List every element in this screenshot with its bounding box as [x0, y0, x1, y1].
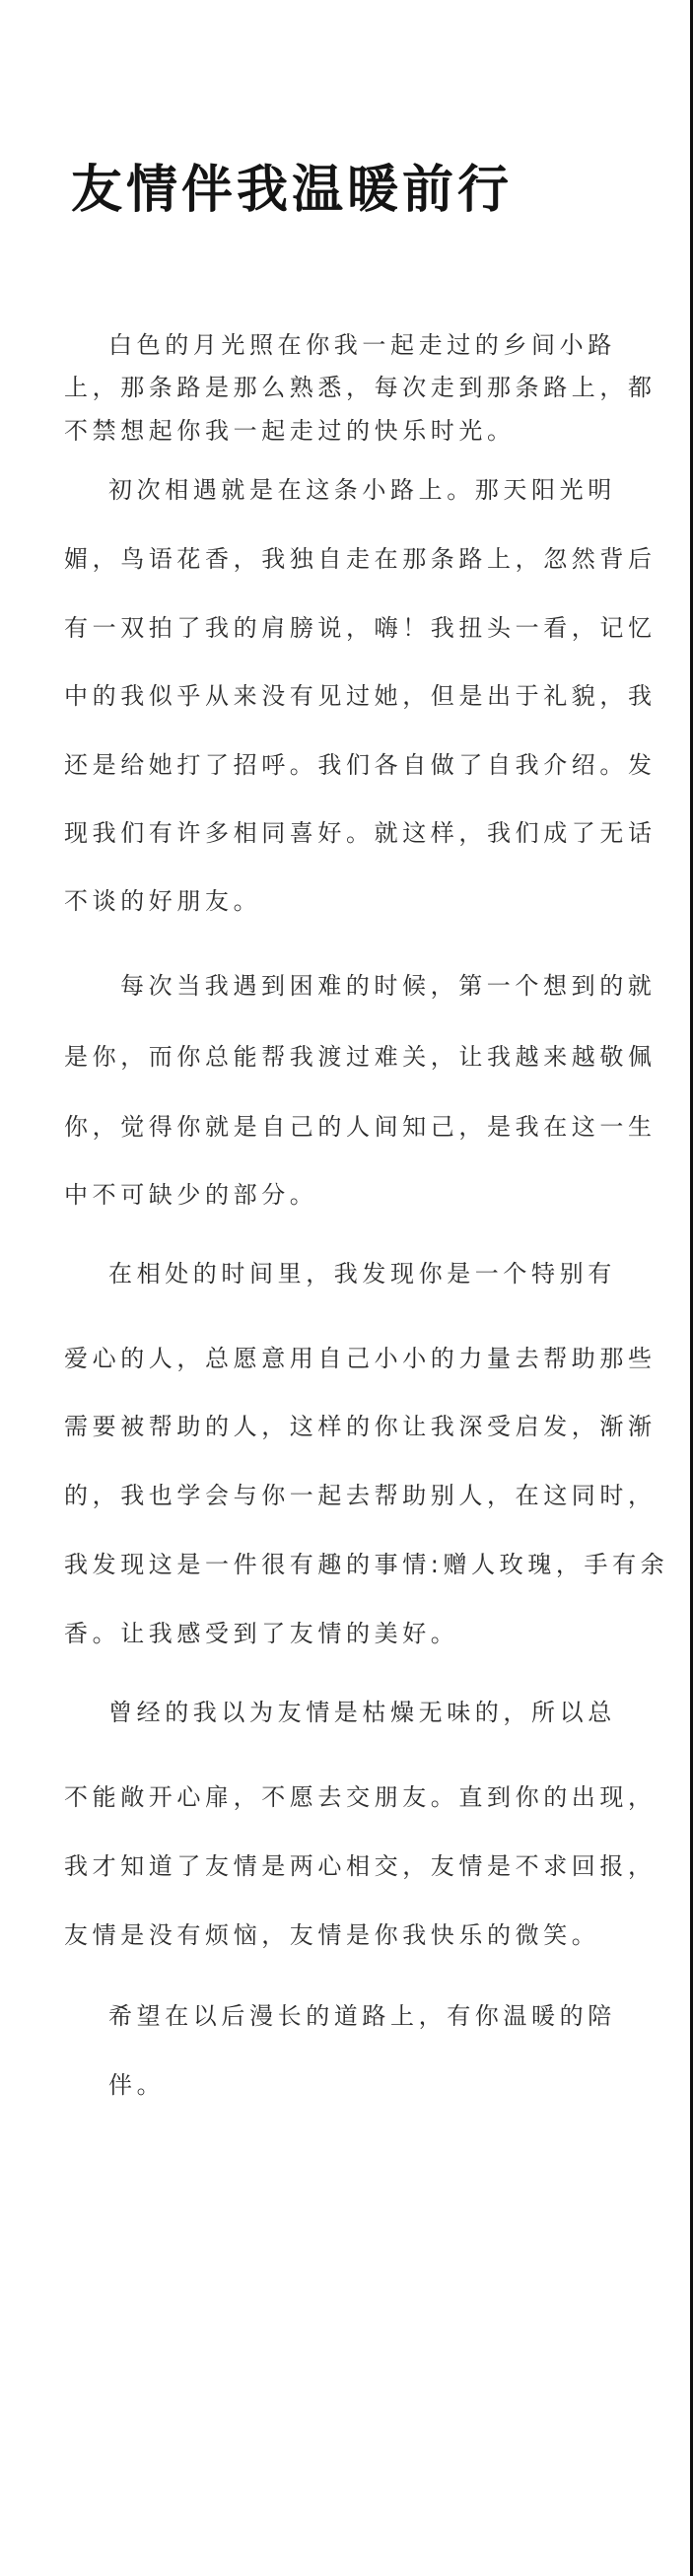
paragraph-line: 是你，而你总能帮我渡过难关，让我越来越敬佩 — [64, 1041, 657, 1073]
paragraph-line: 在相处的时间里，我发现你是一个特别有 — [108, 1258, 616, 1289]
document-title: 友情伴我温暖前行 — [71, 156, 513, 225]
paragraph-line: 曾经的我以为友情是枯燥无味的，所以总 — [108, 1697, 616, 1728]
paragraph-line: 的，我也学会与你一起去帮助别人，在这同时， — [64, 1480, 657, 1511]
paragraph-line: 上，那条路是那么熟悉，每次走到那条路上，都 — [64, 372, 657, 403]
paragraph-line: 媚，鸟语花香，我独自走在那条路上，忽然背后 — [64, 543, 657, 575]
paragraph-line: 白色的月光照在你我一起走过的乡间小路 — [108, 329, 616, 361]
paragraph-line: 友情是没有烦恼，友情是你我快乐的微笑。 — [64, 1919, 599, 1951]
paragraph-line: 伴。 — [108, 2069, 165, 2101]
paragraph-line: 还是给她打了招呼。我们各自做了自我介绍。发 — [64, 749, 657, 781]
paragraph-line: 爱心的人，总愿意用自己小小的力量去帮助那些 — [64, 1343, 657, 1374]
paragraph-line: 我才知道了友情是两心相交，友情是不求回报， — [64, 1850, 657, 1882]
paragraph-line: 不禁想起你我一起走过的快乐时光。 — [64, 415, 516, 447]
paragraph-line: 每次当我遇到困难的时候，第一个想到的就 — [120, 970, 656, 1002]
paragraph-line: 你，觉得你就是自己的人间知己，是我在这一生 — [64, 1111, 657, 1143]
paragraph-line: 需要被帮助的人，这样的你让我深受启发，渐渐 — [64, 1411, 657, 1442]
paragraph-line: 不谈的好朋友。 — [64, 885, 261, 917]
paragraph-line: 香。让我感受到了友情的美好。 — [64, 1618, 458, 1649]
paragraph-line: 现我们有许多相同喜好。就这样，我们成了无话 — [64, 817, 657, 849]
paragraph-line: 我发现这是一件很有趣的事情:赠人玫瑰，手有余 — [64, 1549, 668, 1580]
paragraph-line: 初次相遇就是在这条小路上。那天阳光明 — [108, 474, 616, 506]
paragraph-line: 有一双拍了我的肩膀说，嗨！我扭头一看，记忆 — [64, 612, 657, 644]
document-page: 友情伴我温暖前行 白色的月光照在你我一起走过的乡间小路 上，那条路是那么熟悉，每… — [0, 0, 690, 2576]
paragraph-line: 希望在以后漫长的道路上，有你温暖的陪 — [108, 2000, 616, 2032]
paragraph-line: 不能敞开心扉，不愿去交朋友。直到你的出现， — [64, 1781, 657, 1813]
paragraph-line: 中不可缺少的部分。 — [64, 1179, 317, 1211]
paragraph-line: 中的我似乎从来没有见过她，但是出于礼貌，我 — [64, 680, 657, 712]
